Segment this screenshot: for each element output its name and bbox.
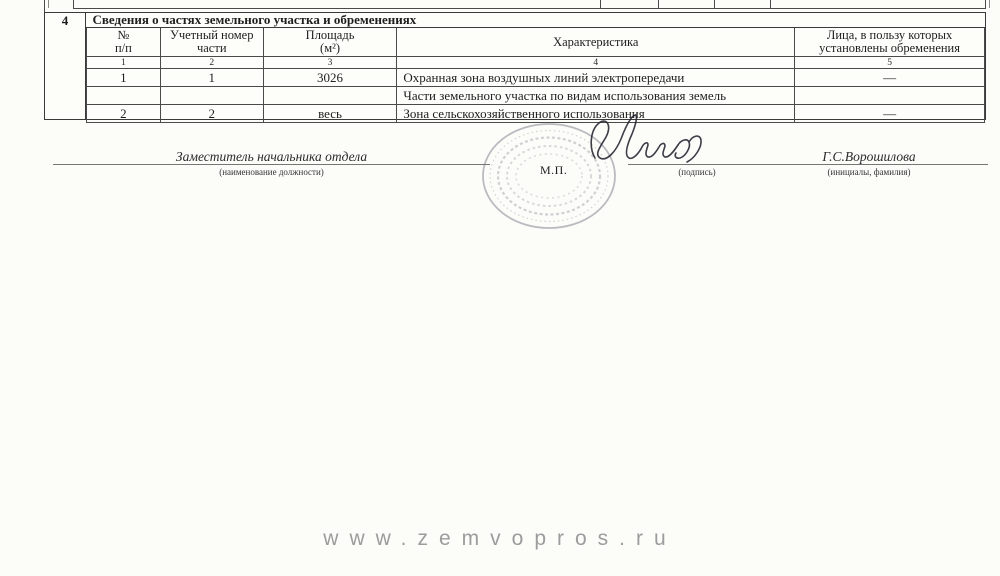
cell-beneficiaries: — bbox=[795, 69, 985, 87]
header-area: Площадь (м²) bbox=[263, 28, 397, 57]
scan-line-fragment bbox=[989, 0, 990, 8]
section-title: Сведения о частях земельного участка и о… bbox=[87, 13, 985, 28]
signee-name: Г.С.Ворошилова bbox=[750, 149, 988, 164]
table-row: Части земельного участка по видам исполь… bbox=[87, 87, 985, 105]
land-parts-table: Сведения о частях земельного участка и о… bbox=[86, 13, 985, 123]
position-caption: (наименование должности) bbox=[53, 167, 490, 177]
header-part-number: Учетный номер части bbox=[160, 28, 263, 57]
name-signature-line bbox=[750, 164, 988, 165]
name-caption: (инициалы, фамилия) bbox=[750, 167, 988, 177]
cell-area bbox=[263, 87, 397, 105]
handwritten-signature bbox=[585, 112, 707, 168]
section-4-box: 4 Сведения о частях земельного участка и… bbox=[44, 12, 986, 120]
table-header-row: № п/п Учетный номер части Площадь (м²) Х… bbox=[87, 28, 985, 57]
position-title: Заместитель начальника отдела bbox=[53, 149, 490, 164]
cell-beneficiaries: — bbox=[795, 105, 985, 123]
cell-part-number: 2 bbox=[160, 105, 263, 123]
scan-line-fragment bbox=[714, 0, 715, 8]
scan-line-fragment bbox=[985, 0, 986, 8]
cell-part-number: 1 bbox=[160, 69, 263, 87]
scan-line-fragment bbox=[73, 8, 986, 9]
scan-line-fragment bbox=[770, 0, 771, 8]
scan-line-fragment bbox=[44, 0, 45, 12]
site-watermark: www.zemvopros.ru bbox=[0, 527, 1000, 551]
cell-num: 2 bbox=[87, 105, 161, 123]
cell-beneficiaries bbox=[795, 87, 985, 105]
position-signature-line bbox=[53, 164, 490, 165]
section-title-row: Сведения о частях земельного участка и о… bbox=[87, 13, 985, 28]
scan-line-fragment bbox=[48, 0, 49, 8]
scan-line-fragment bbox=[600, 0, 601, 8]
cell-num bbox=[87, 87, 161, 105]
cell-part-number bbox=[160, 87, 263, 105]
cell-num: 1 bbox=[87, 69, 161, 87]
cell-characteristic: Части земельного участка по видам исполь… bbox=[397, 87, 795, 105]
header-beneficiaries: Лица, в пользу которых установлены обрем… bbox=[795, 28, 985, 57]
cell-area: 3026 bbox=[263, 69, 397, 87]
stamp-place-label: М.П. bbox=[540, 163, 567, 178]
table-row: 1 1 3026 Охранная зона воздушных линий э… bbox=[87, 69, 985, 87]
section-number: 4 bbox=[45, 13, 86, 119]
scanned-cadastral-document-page: 4 Сведения о частях земельного участка и… bbox=[0, 0, 1000, 576]
header-characteristic: Характеристика bbox=[397, 28, 795, 57]
signature-caption: (подпись) bbox=[628, 167, 766, 177]
cell-characteristic: Охранная зона воздушных линий электропер… bbox=[397, 69, 795, 87]
cell-area: весь bbox=[263, 105, 397, 123]
column-numbers-row: 1 2 3 4 5 bbox=[87, 57, 985, 69]
scan-line-fragment bbox=[658, 0, 659, 8]
header-num: № п/п bbox=[87, 28, 161, 57]
